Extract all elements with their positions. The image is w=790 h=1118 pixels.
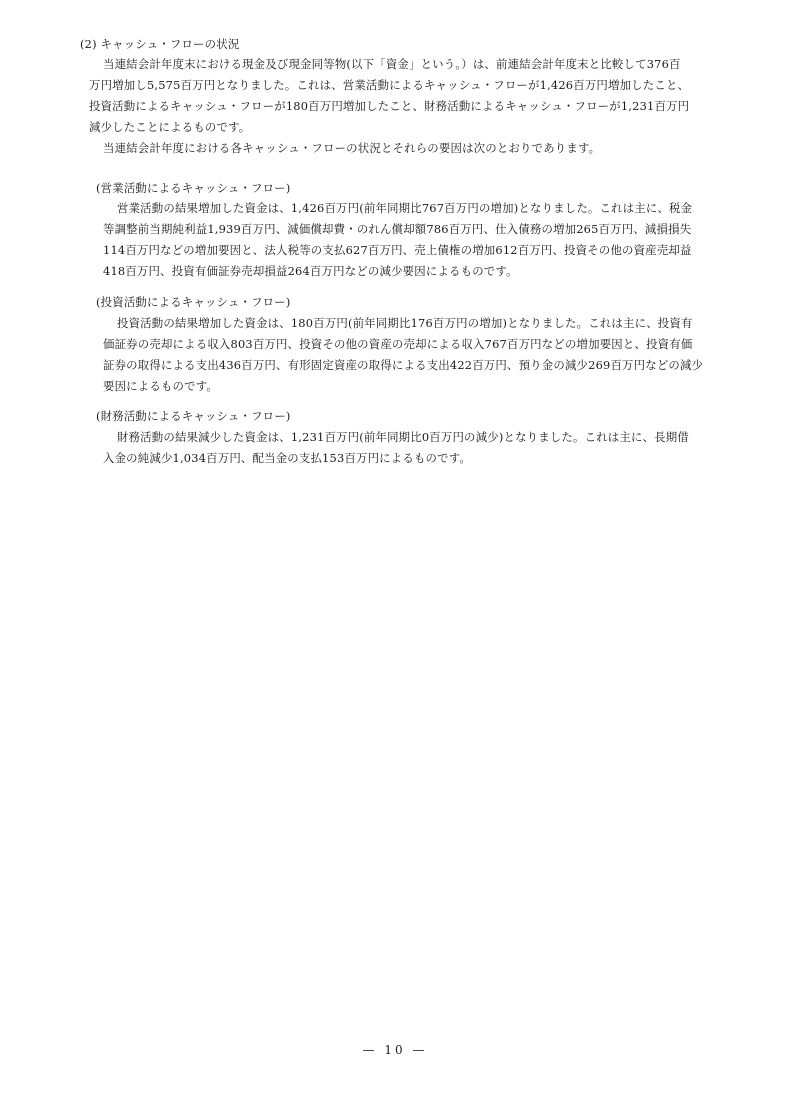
financing-line-1: 財務活動の結果減少した資金は、1,231百万円(前年同期比0百万円の減少)となり… [117, 430, 689, 444]
intro-line-4: 減少したことによるものです。 [89, 120, 250, 134]
investing-line-1: 投資活動の結果増加した資金は、180百万円(前年同期比176百万円の増加)となり… [117, 316, 693, 330]
operating-line-2: 等調整前当期純利益1,939百万円、減価償却費・のれん償却額786百万円、仕入債… [103, 222, 691, 236]
operating-heading: (営業活動によるキャッシュ・フロー) [96, 181, 291, 195]
operating-line-4: 418百万円、投資有価証券売却損益264百万円などの減少要因によるものです。 [103, 264, 518, 278]
investing-line-2: 価証券の売却による収入803百万円、投資その他の資産の売却による収入767百万円… [103, 337, 692, 351]
financing-heading: (財務活動によるキャッシュ・フロー) [96, 409, 291, 423]
operating-line-3: 114百万円などの増加要因と、法人税等の支払627百万円、売上債権の増加612百… [103, 243, 692, 257]
intro-line-3: 投資活動によるキャッシュ・フローが180百万円増加したこと、財務活動によるキャッ… [89, 99, 689, 113]
section-heading: (2) キャッシュ・フローの状況 [80, 37, 239, 51]
financing-line-2: 入金の純減少1,034百万円、配当金の支払153百万円によるものです。 [103, 451, 471, 465]
investing-line-4: 要因によるものです。 [103, 379, 218, 393]
intro-line-1: 当連結会計年度末における現金及び現金同等物(以下「資金」という。）は、前連結会計… [103, 57, 681, 71]
intro-followup: 当連結会計年度における各キャッシュ・フローの状況とそれらの要因は次のとおりであり… [103, 141, 600, 155]
intro-line-2: 万円増加し5,575百万円となりました。これは、営業活動によるキャッシュ・フロー… [89, 78, 689, 92]
operating-line-1: 営業活動の結果増加した資金は、1,426百万円(前年同期比767百万円の増加)と… [117, 201, 692, 215]
investing-heading: (投資活動によるキャッシュ・フロー) [96, 295, 291, 309]
investing-line-3: 証券の取得による支出436百万円、有形固定資産の取得による支出422百万円、預り… [103, 358, 703, 372]
page-number: — 10 — [0, 1043, 790, 1057]
document-page: (2) キャッシュ・フローの状況 当連結会計年度末における現金及び現金同等物(以… [0, 0, 790, 1118]
